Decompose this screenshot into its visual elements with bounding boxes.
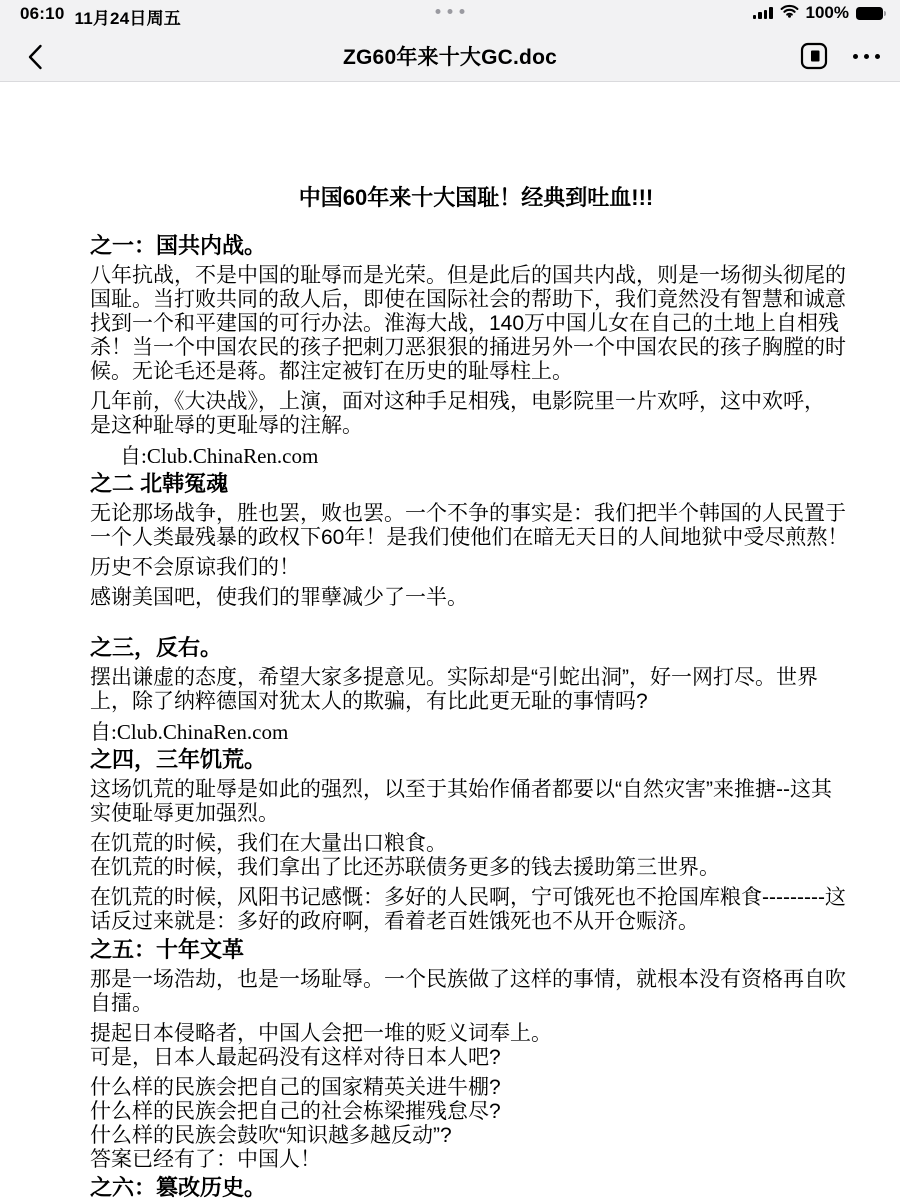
paragraph: 这场饥荒的耻辱是如此的强烈，以至于其始作俑者都要以“自然灾害”来推搪--这其 实… [90, 778, 862, 826]
cellular-signal-icon [753, 7, 773, 19]
battery-icon [856, 7, 886, 20]
source-line: 自:Club.ChinaRen.com [90, 444, 862, 468]
app-header: 06:10 11月24日周五 100% ZG60年来十大GC.doc [0, 0, 900, 82]
status-bar: 06:10 11月24日周五 100% [0, 0, 900, 30]
page-view-icon [800, 42, 828, 70]
section-heading: 之四，三年饥荒。 [90, 748, 862, 772]
paragraph: 在饥荒的时候，我们在大量出口粮食。 在饥荒的时候，我们拿出了比还苏联债务更多的钱… [90, 832, 862, 880]
source-line: 自:Club.ChinaRen.com [90, 720, 862, 744]
paragraph: 什么样的民族会把自己的国家精英关进牛棚? 什么样的民族会把自己的社会栋梁摧残怠尽… [90, 1076, 862, 1172]
paragraph: 摆出谦虚的态度，希望大家多提意见。实际却是“引蛇出洞”，好一网打尽。世界 上，除… [90, 666, 862, 714]
paragraph: 那是一场浩劫，也是一场耻辱。一个民族做了这样的事情，就根本没有资格再自吹 自擂。 [90, 968, 862, 1016]
section-heading: 之五：十年文革 [90, 938, 862, 962]
paragraph: 感谢美国吧，使我们的罪孽减少了一半。 [90, 586, 862, 610]
section-heading: 之六：篡改历史。 [90, 1176, 862, 1200]
paragraph: 几年前，《大决战》，上演，面对这种手足相残，电影院里一片欢呼，这中欢呼， 是这种… [90, 390, 862, 438]
paragraph: 八年抗战，不是中国的耻辱而是光荣。但是此后的国共内战，则是一场彻头彻尾的 国耻。… [90, 264, 862, 384]
section-heading: 之二 北韩冤魂 [90, 472, 862, 496]
nav-actions [799, 30, 882, 82]
document-body: 中国60年来十大国耻！经典到吐血!!! 之一：国共内战。 八年抗战，不是中国的耻… [90, 186, 862, 1200]
section-heading: 之一：国共内战。 [90, 234, 862, 258]
paragraph: 历史不会原谅我们的！ [90, 556, 862, 580]
paragraph: 在饥荒的时候，风阳书记感慨：多好的人民啊，宁可饿死也不抢国库粮食--------… [90, 886, 862, 934]
more-menu-button[interactable] [851, 48, 882, 65]
paragraph: 无论那场战争，胜也罢，败也罢。一个不争的事实是：我们把半个韩国的人民置于 一个人… [90, 502, 862, 550]
status-time: 06:10 [20, 4, 64, 29]
paragraph: 提起日本侵略者，中国人会把一堆的贬义词奉上。 可是，日本人最起码没有这样对待日本… [90, 1022, 862, 1070]
nav-bar: ZG60年来十大GC.doc [0, 30, 900, 82]
multitask-handle-icon[interactable] [436, 9, 465, 14]
wifi-icon [780, 3, 799, 23]
document-page[interactable]: 中国60年来十大国耻！经典到吐血!!! 之一：国共内战。 八年抗战，不是中国的耻… [0, 83, 900, 1200]
status-left: 06:10 11月24日周五 [20, 4, 181, 29]
battery-percent: 100% [806, 3, 849, 23]
document-title: 中国60年来十大国耻！经典到吐血!!! [90, 186, 862, 210]
section-heading: 之三，反右。 [90, 636, 862, 660]
status-date: 11月24日周五 [74, 4, 180, 29]
status-right: 100% [753, 3, 886, 23]
document-filename: ZG60年来十大GC.doc [0, 30, 900, 82]
page-view-button[interactable] [799, 41, 829, 71]
